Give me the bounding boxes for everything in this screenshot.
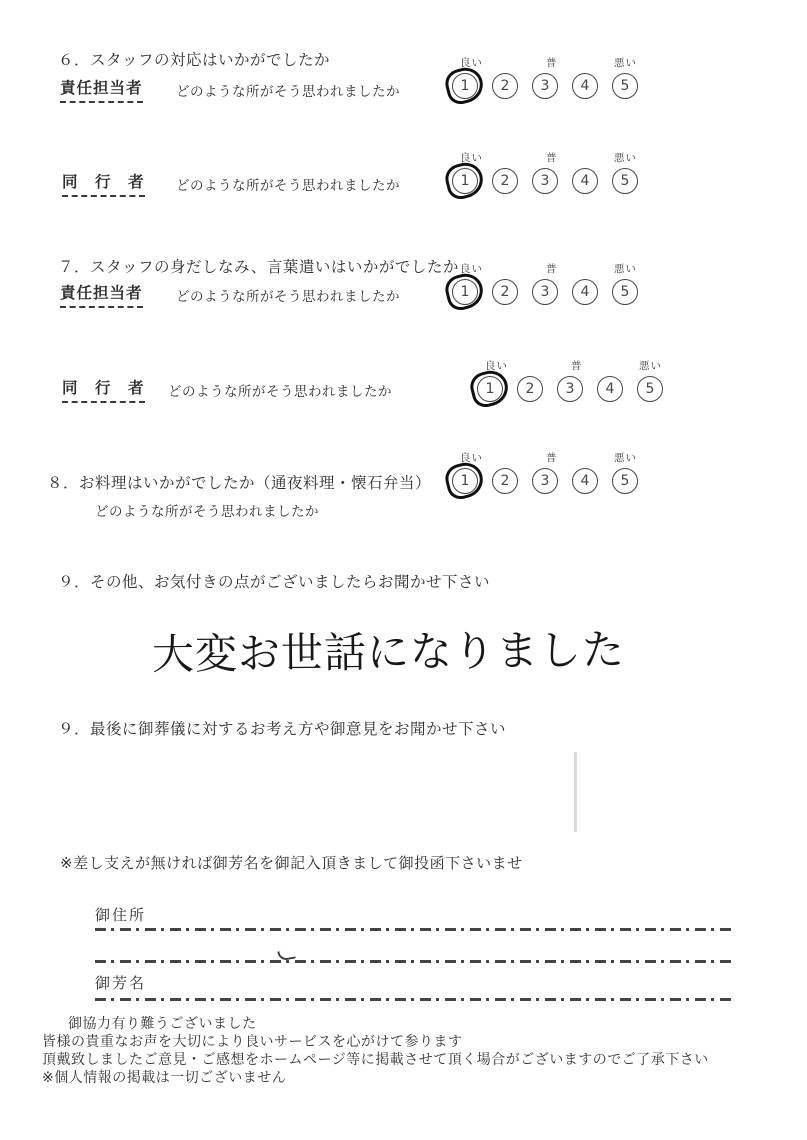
handwritten-comment: 大変お世話になりました	[152, 617, 626, 682]
q7-row-companion-label: 同 行 者	[62, 376, 145, 403]
address-field-line-1[interactable]	[95, 928, 733, 931]
pen-selection-circle	[442, 159, 486, 202]
scan-artifact	[574, 752, 577, 832]
rating-option-5[interactable]: 5	[637, 376, 663, 402]
scale-label-normal: 普	[546, 55, 558, 70]
scale-label-bad: 悪い	[614, 55, 637, 70]
scale-label-bad: 悪い	[614, 150, 637, 165]
question-9-final-title: ９．最後に御葬儀に対するお考え方や御意見をお聞かせ下さい	[58, 717, 506, 739]
scale-label-normal: 普	[546, 150, 558, 165]
q6-row-companion-prompt: どのような所がそう思われましたか	[176, 174, 400, 194]
footer-publication-note: 頂戴致しましたご意見・ご感想をホームページ等に掲載させて頂く場合がございますので…	[42, 1049, 709, 1069]
scale-label-bad: 悪い	[614, 450, 637, 465]
rating-option-2[interactable]: 2	[517, 376, 543, 402]
question-9-other-title: ９．その他、お気付きの点がございましたらお聞かせ下さい	[58, 570, 490, 592]
rating-option-3[interactable]: 3	[532, 468, 558, 494]
q6-row-companion-label: 同 行 者	[62, 170, 145, 197]
rating-option-3[interactable]: 3	[532, 168, 558, 194]
rating-option-4[interactable]: 4	[572, 279, 598, 305]
rating-option-5[interactable]: 5	[612, 279, 638, 305]
question-7-title: ７．スタッフの身だしなみ、言葉遣いはいかがでしたか	[58, 255, 459, 277]
rating-option-5[interactable]: 5	[612, 468, 638, 494]
question-8-title: ８．お料理はいかがでしたか（通夜料理・懐石弁当）	[47, 471, 431, 493]
scale-label-bad: 悪い	[614, 261, 637, 276]
rating-q6-manager: 良い 普 悪い 1 2 3 4 5	[452, 55, 666, 115]
q6-row-manager-label: 責任担当者	[60, 76, 143, 103]
name-field-line[interactable]	[95, 998, 733, 1001]
rating-option-4[interactable]: 4	[572, 168, 598, 194]
rating-option-5[interactable]: 5	[612, 73, 638, 99]
rating-option-3[interactable]: 3	[557, 376, 583, 402]
address-field-line-2[interactable]	[95, 960, 733, 963]
rating-option-2[interactable]: 2	[492, 279, 518, 305]
q6-row-manager-prompt: どのような所がそう思われましたか	[176, 80, 400, 100]
pen-selection-circle	[442, 64, 486, 107]
rating-option-4[interactable]: 4	[572, 468, 598, 494]
scale-label-normal: 普	[571, 358, 583, 373]
question-6-title: ６．スタッフの対応はいかがでしたか	[58, 48, 330, 70]
name-field-label: 御芳名	[95, 972, 146, 993]
scale-label-normal: 普	[546, 450, 558, 465]
footer-service-note: 皆様の貴重なお声を大切により良いサービスを心がけて参ります	[42, 1031, 463, 1051]
rating-option-3[interactable]: 3	[532, 73, 558, 99]
rating-option-2[interactable]: 2	[492, 168, 518, 194]
rating-option-4[interactable]: 4	[572, 73, 598, 99]
pen-selection-circle	[442, 459, 486, 502]
footer-thanks: 御協力有り難うございました	[68, 1013, 257, 1033]
rating-option-2[interactable]: 2	[492, 73, 518, 99]
pen-selection-circle	[467, 367, 511, 410]
submission-note: ※差し支えが無ければ御芳名を御記入頂きまして御投函下さいませ	[60, 852, 523, 873]
rating-option-5[interactable]: 5	[612, 168, 638, 194]
address-field-label: 御住所	[95, 904, 146, 925]
scale-label-normal: 普	[546, 261, 558, 276]
q7-row-manager-prompt: どのような所がそう思われましたか	[176, 285, 400, 305]
q8-prompt: どのような所がそう思われましたか	[95, 500, 319, 520]
rating-q7-companion: 良い 普 悪い 1 2 3 4 5	[477, 358, 691, 418]
rating-option-2[interactable]: 2	[492, 468, 518, 494]
scale-label-bad: 悪い	[639, 358, 662, 373]
rating-q7-manager: 良い 普 悪い 1 2 3 4 5	[452, 261, 666, 321]
q7-row-manager-label: 責任担当者	[60, 281, 143, 308]
rating-q6-companion: 良い 普 悪い 1 2 3 4 5	[452, 150, 666, 210]
rating-option-3[interactable]: 3	[532, 279, 558, 305]
rating-q8-food: 良い 普 悪い 1 2 3 4 5	[452, 450, 666, 510]
rating-option-4[interactable]: 4	[597, 376, 623, 402]
footer-privacy-note: ※個人情報の掲載は一切ございません	[42, 1067, 286, 1087]
q7-row-companion-prompt: どのような所がそう思われましたか	[168, 380, 392, 400]
scanned-survey-page: ６．スタッフの対応はいかがでしたか 責任担当者 どのような所がそう思われましたか…	[0, 0, 807, 1140]
